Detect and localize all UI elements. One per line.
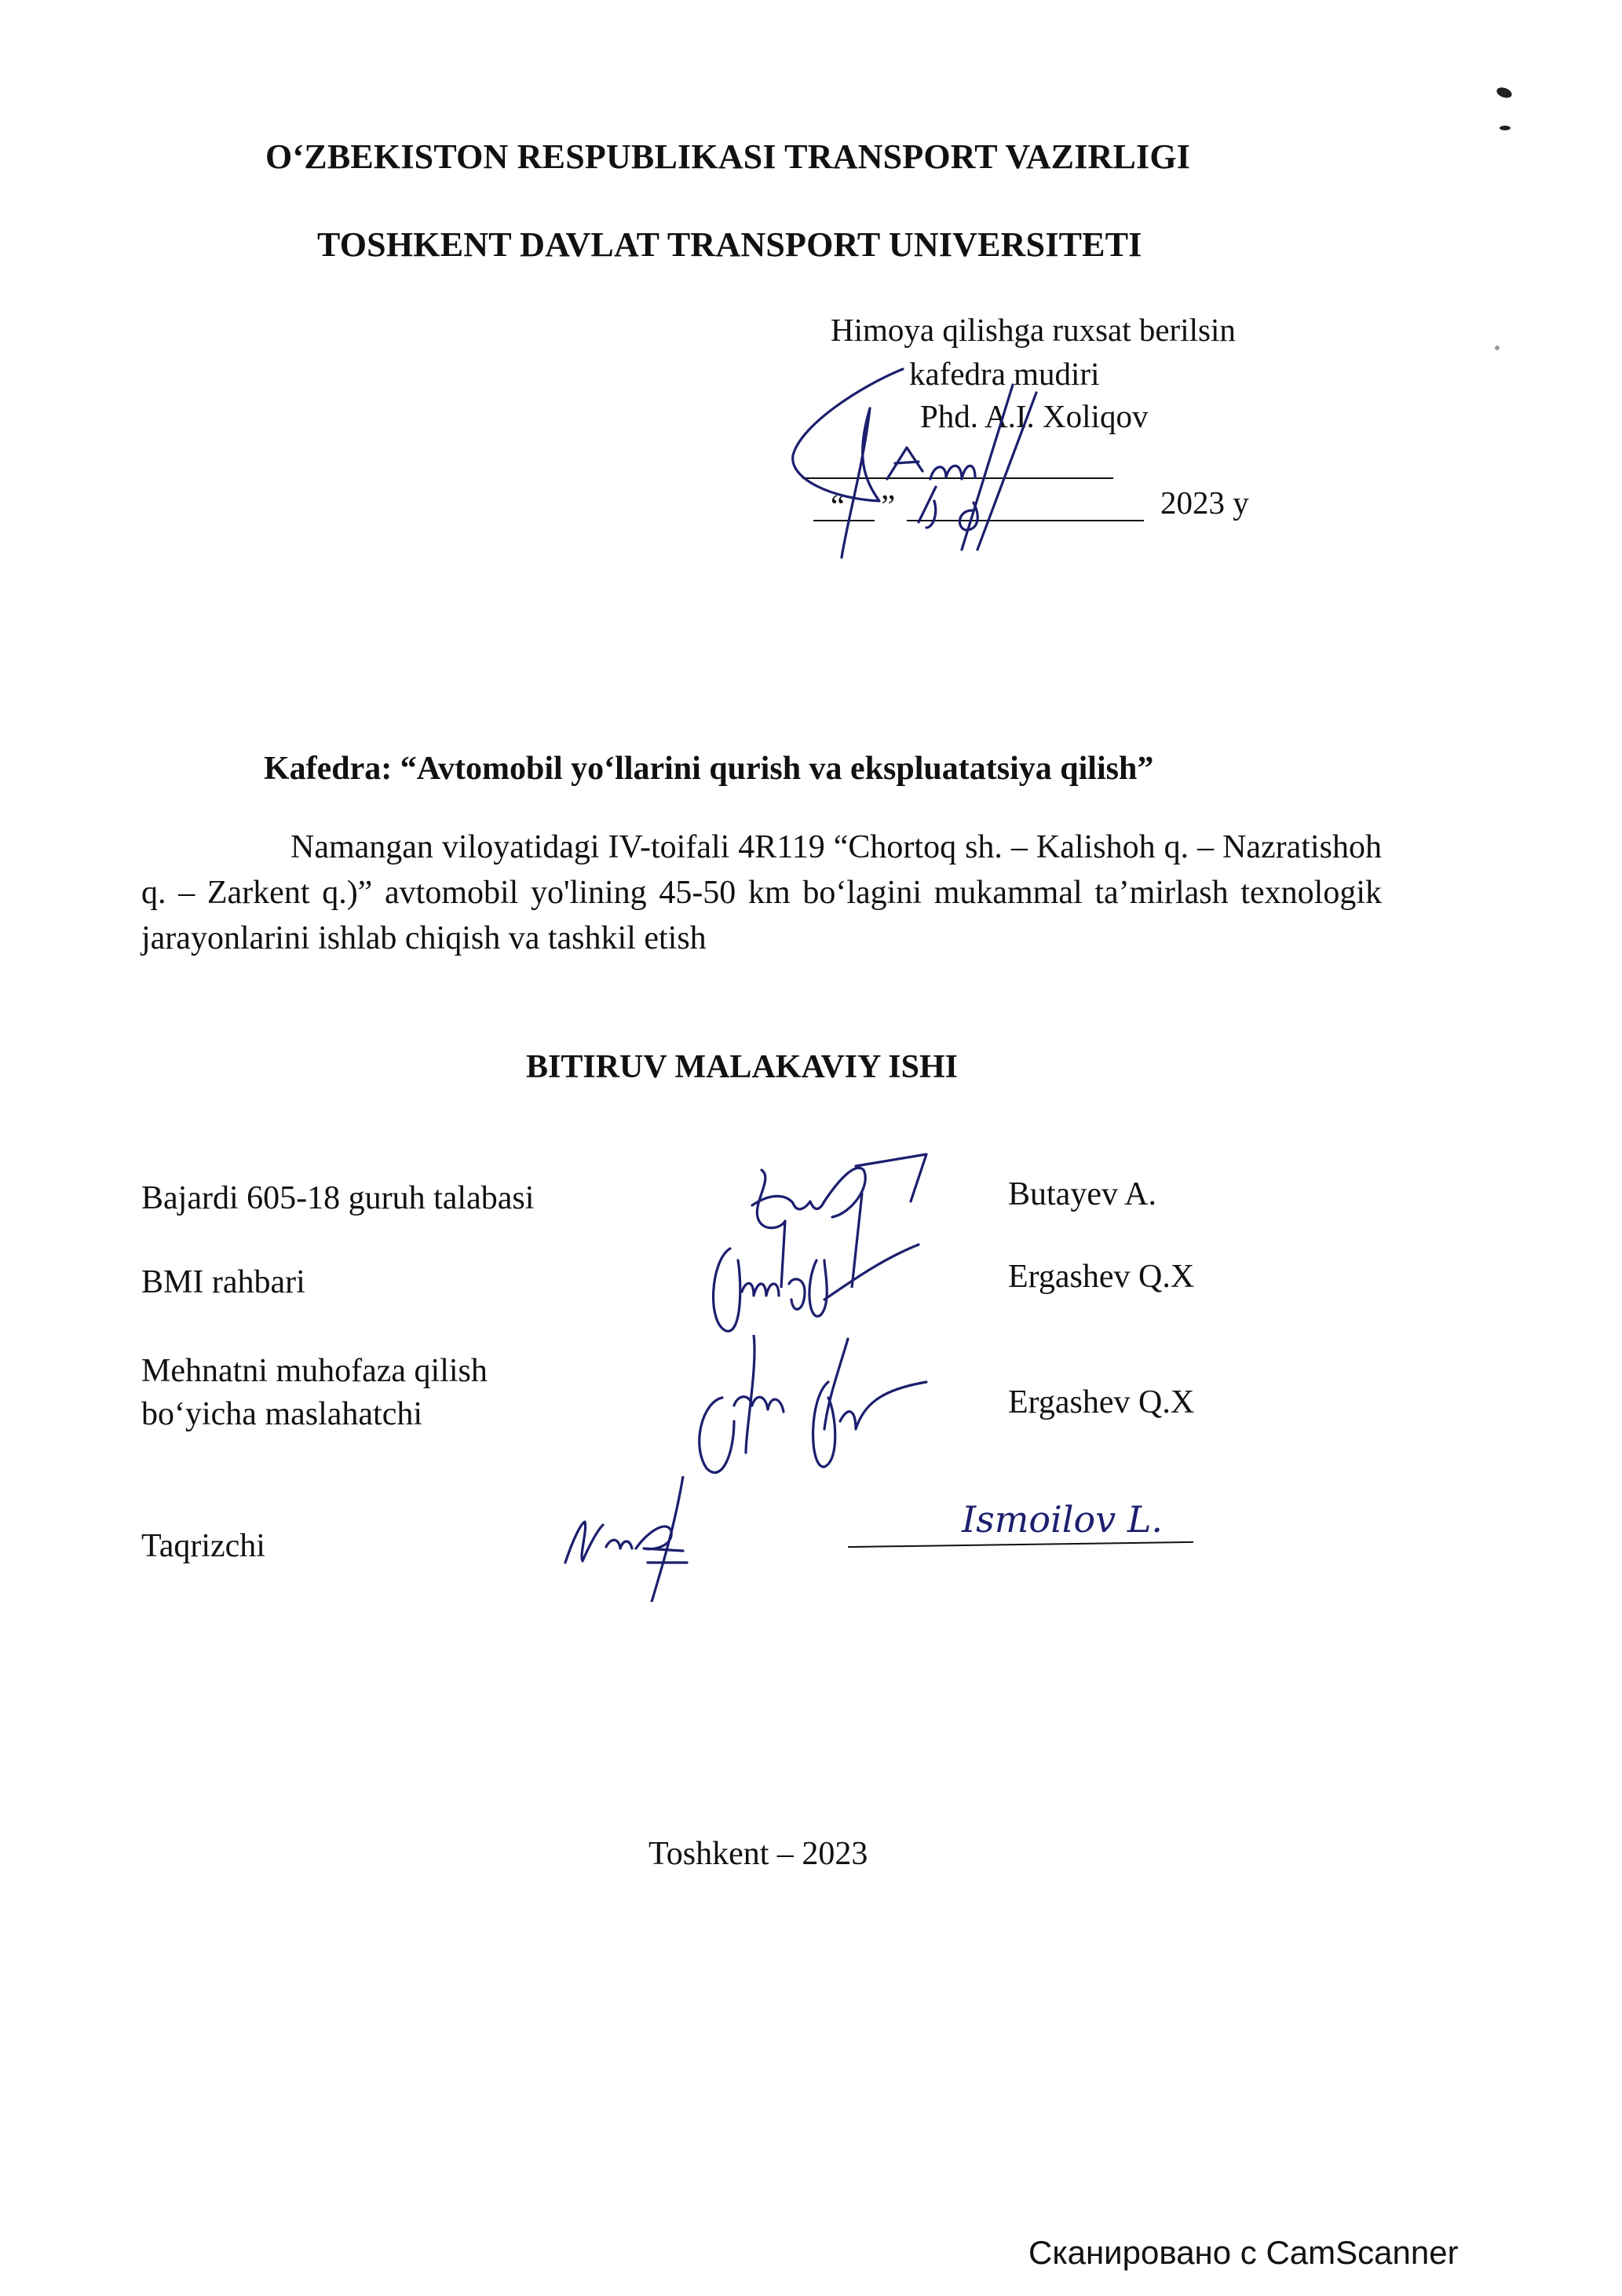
approval-signature-line — [802, 477, 1113, 479]
signatory-name-student: Butayev A. — [1008, 1178, 1156, 1211]
signatory-role-supervisor: BMI rahbari — [141, 1266, 305, 1299]
scan-speck — [1496, 86, 1514, 100]
scan-speck — [1495, 345, 1500, 350]
reviewer-name-line — [848, 1541, 1193, 1548]
approval-date-month-line — [907, 520, 1144, 521]
approval-line-1: Himoya qilishga ruxsat berilsin — [831, 314, 1236, 346]
scan-speck — [1500, 126, 1511, 130]
document-type: BITIRUV MALAKAVIY ISHI — [526, 1051, 958, 1084]
supervisor-signature-icon — [707, 1237, 942, 1339]
department-title: Kafedra: “Avtomobil yo‘llarini qurish va… — [264, 752, 1153, 785]
safety-consultant-signature-icon — [691, 1335, 974, 1484]
approval-date-open-quote: “ — [831, 490, 845, 522]
place-year: Toshkent – 2023 — [648, 1837, 868, 1870]
signatory-role-safety-line1: Mehnatni muhofaza qilish — [141, 1355, 488, 1387]
student-signature-icon — [738, 1146, 942, 1288]
signatory-role-reviewer: Taqrizchi — [141, 1530, 265, 1563]
thesis-topic-text: Namangan viloyatidagi IV-toifali 4R119 “… — [141, 829, 1382, 956]
signatory-name-safety: Ergashev Q.X — [1008, 1386, 1194, 1419]
approval-line-2: kafedra mudiri — [909, 358, 1099, 390]
university-title: TOSHKENT DAVLAT TRANSPORT UNIVERSITETI — [317, 228, 1142, 262]
signatory-role-safety-line2: bo‘yicha maslahatchi — [141, 1398, 422, 1431]
approval-date-year: 2023 y — [1160, 487, 1249, 519]
ministry-title: O‘ZBEKISTON RESPUBLIKASI TRANSPORT VAZIR… — [265, 140, 1190, 174]
approval-head-name: Phd. A.I. Xoliqov — [920, 400, 1148, 433]
approval-signature-icon — [769, 361, 1146, 565]
camscanner-watermark: Сканировано с CamScanner — [1028, 2236, 1459, 2269]
signatory-name-supervisor: Ergashev Q.X — [1008, 1260, 1194, 1293]
thesis-topic: Namangan viloyatidagi IV-toifali 4R119 “… — [141, 824, 1382, 961]
reviewer-name-handwritten: Ismoilov L. — [962, 1501, 1163, 1537]
reviewer-signature-icon — [557, 1476, 769, 1602]
signatory-role-student: Bajardi 605-18 guruh talabasi — [141, 1182, 534, 1215]
approval-date-close-quote: ” — [881, 490, 895, 522]
approval-date-day-line — [813, 520, 875, 521]
